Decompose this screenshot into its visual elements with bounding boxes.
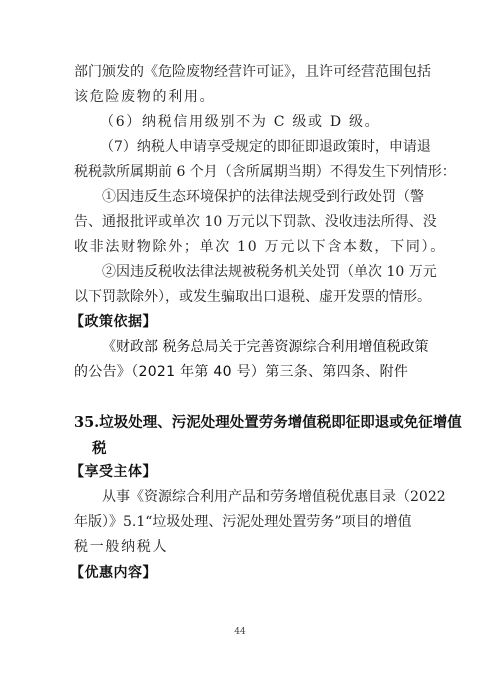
condition-item-6: （6）纳税信用级别不为 C 级或 D 级。 (100, 110, 405, 135)
policy-basis-text: 《财政部 税务总局关于完善资源综合利用增值税政策 (102, 335, 407, 360)
policy-basis-heading: 【政策依据】 (70, 310, 403, 335)
section-35-title: 35.垃圾处理、污泥处理处置劳务增值税即征即退或免征增值 (74, 410, 407, 435)
paragraph-line: 税税款所属期前 6 个月（含所属期当期）不得发生下列情形： (74, 160, 407, 185)
paragraph-line: 以下罚款除外），或发生骗取出口退税、虚开发票的情形。 (74, 285, 407, 310)
paragraph-line: 收非法财物除外；单次 10 万元以下含本数，下同）。 (74, 235, 407, 260)
beneficiary-text: 税一般纳税人 (74, 535, 407, 560)
paragraph-line: 告、通报批评或单次 10 万元以下罚款、没收违法所得、没 (74, 210, 407, 235)
beneficiary-heading: 【享受主体】 (70, 460, 403, 485)
policy-basis-text: 的公告》（2021 年第 40 号）第三条、第四条、附件 (74, 360, 407, 385)
section-35-title: 税 (92, 436, 425, 461)
beneficiary-text: 从事《资源综合利用产品和劳务增值税优惠目录（2022 (102, 485, 407, 510)
benefit-content-heading: 【优惠内容】 (70, 561, 403, 586)
circumstance-2: ②因违反税收法律法规被税务机关处罚（单次 10 万元 (102, 260, 407, 285)
document-page: 部门颁发的《危险废物经营许可证》，且许可经营范围包括 该危险废物的利用。 （6）… (0, 0, 480, 678)
page-number: 44 (232, 627, 248, 637)
circumstance-1: ①因违反生态环境保护的法律法规受到行政处罚（警 (102, 185, 407, 210)
beneficiary-text: 年版）》5.1“垃圾处理、污泥处理处置劳务”项目的增值 (74, 510, 407, 535)
paragraph-line: 部门颁发的《危险废物经营许可证》，且许可经营范围包括 (74, 60, 407, 85)
paragraph-line: 该危险废物的利用。 (74, 85, 407, 110)
condition-item-7: （7）纳税人申请享受规定的即征即退政策时，申请退 (100, 135, 407, 160)
